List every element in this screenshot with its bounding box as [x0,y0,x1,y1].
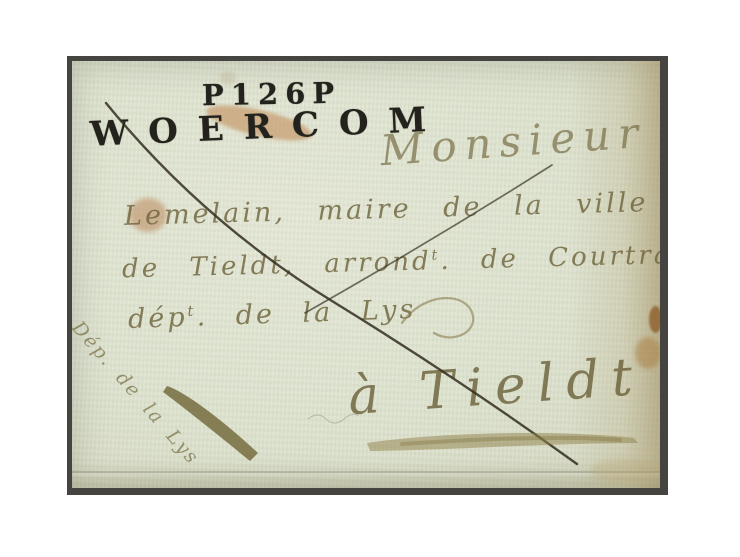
ink-smear-horizontal-core [402,438,620,444]
debourse-marking: Dép. de la Lys [72,317,204,469]
destination-line: à Tieldt [346,347,646,428]
address-line-3-rest: . de Courtray [440,240,660,277]
letter-paper: P126P WOERCOM Monsieur Lemelain, maire d… [72,61,660,488]
stain [649,306,660,333]
address-line-4-rest: . de la Lys [196,294,417,333]
address-line-3: de Tieldt, arrondt. de Courtray [122,240,660,285]
edge-browning-bottom [72,462,660,488]
fold-crease [72,471,660,473]
address-line-4-text: dép [128,302,189,335]
cross-stroke-secondary [305,165,552,313]
ink-smear-horizontal [367,433,638,451]
cover-photo: P126P WOERCOM Monsieur Lemelain, maire d… [67,56,668,495]
address-line-2: Lemelain, maire de la ville [124,187,649,232]
address-line-4: dépt. de la Lys [128,294,417,335]
address-line-3-text: de Tieldt, arrond [122,246,432,284]
